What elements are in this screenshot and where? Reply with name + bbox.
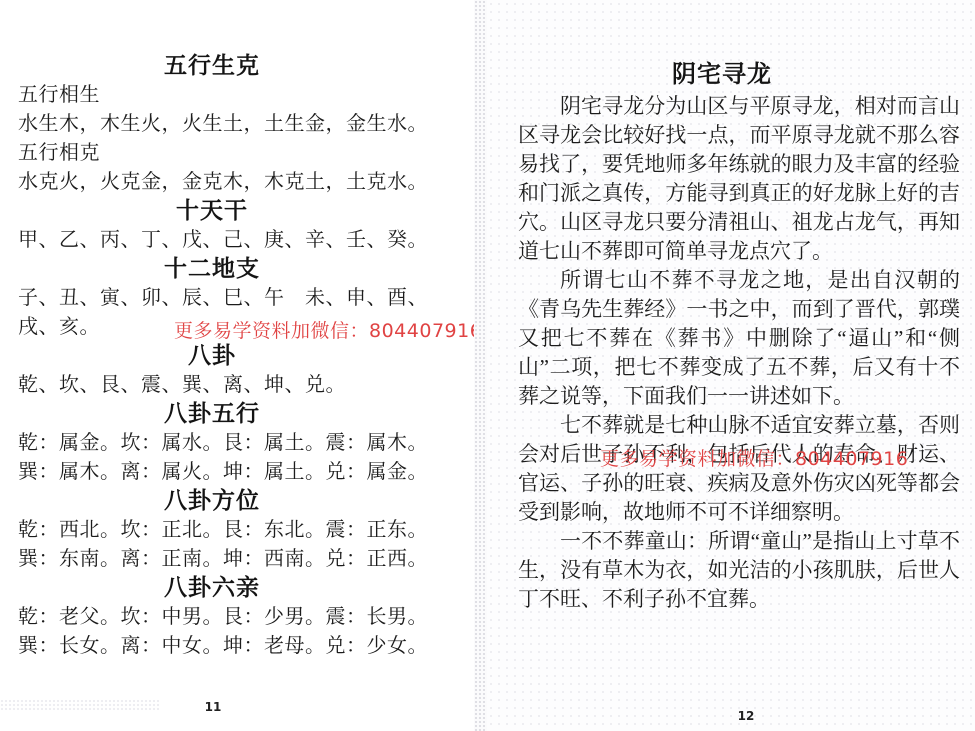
text-line: 五行相生 [18, 81, 432, 110]
text-line: 子、丑、寅、卯、辰、巳、午 未、申、酉、 [18, 284, 432, 313]
text-line: 乾、坎、艮、震、巽、离、坤、兑。 [18, 371, 432, 400]
watermark: 更多易学资料加微信：804407916 [600, 444, 908, 471]
paragraph: 所谓七山不葬不寻龙之地，是出自汉朝的《青乌先生葬经》一书之中，而到了晋代，郭璞又… [518, 266, 960, 411]
heading-ten-stems: 十天干 [5, 197, 419, 226]
page-number: 12 [732, 709, 760, 723]
text-line: 水生木，木生火，火生土，土生金，金生水。 [18, 110, 432, 139]
heading-five-elements: 五行生克 [5, 52, 419, 81]
text-line: 乾：西北。坎：正北。艮：东北。震：正东。 [18, 516, 432, 545]
heading-bagua-six-relations: 八卦六亲 [5, 574, 419, 603]
page-spine-divider [474, 0, 487, 731]
heading-bagua-directions: 八卦方位 [5, 487, 419, 516]
page-title: 阴宅寻龙 [487, 58, 957, 90]
text-line: 乾：属金。坎：属水。艮：属土。震：属木。 [18, 429, 432, 458]
text-line: 水克火，火克金，金克木，木克土，土克水。 [18, 168, 432, 197]
heading-bagua: 八卦 [5, 342, 419, 371]
right-page-content: 阴宅寻龙分为山区与平原寻龙，相对而言山区寻龙会比较好找一点，而平原寻龙就不那么容… [518, 92, 960, 614]
text-line: 乾：老父。坎：中男。艮：少男。震：长男。 [18, 603, 432, 632]
text-line: 巽：长女。离：中女。坤：老母。兑：少女。 [18, 632, 432, 661]
page-number: 11 [199, 700, 227, 714]
page-left: 五行生克 五行相生 水生木，木生火，火生土，土生金，金生水。 五行相克 水克火，… [0, 0, 474, 731]
book-scan-spread: 五行生克 五行相生 水生木，木生火，火生土，土生金，金生水。 五行相克 水克火，… [0, 0, 975, 731]
left-page-content: 五行生克 五行相生 水生木，木生火，火生土，土生金，金生水。 五行相克 水克火，… [18, 52, 432, 661]
scan-noise-strip [0, 699, 160, 712]
text-line: 巽：属木。离：属火。坤：属土。兑：属金。 [18, 458, 432, 487]
heading-twelve-branches: 十二地支 [5, 255, 419, 284]
page-right: 阴宅寻龙 阴宅寻龙分为山区与平原寻龙，相对而言山区寻龙会比较好找一点，而平原寻龙… [487, 0, 975, 731]
text-line: 五行相克 [18, 139, 432, 168]
paragraph: 阴宅寻龙分为山区与平原寻龙，相对而言山区寻龙会比较好找一点，而平原寻龙就不那么容… [518, 92, 960, 266]
heading-bagua-five-elements: 八卦五行 [5, 400, 419, 429]
watermark: 更多易学资料加微信：804407916 [174, 316, 482, 343]
text-line: 甲、乙、丙、丁、戊、己、庚、辛、壬、癸。 [18, 226, 432, 255]
paragraph: 一不不葬童山：所谓“童山”是指山上寸草不生，没有草木为衣，如光洁的小孩肌肤，后世… [518, 527, 960, 614]
text-line: 巽：东南。离：正南。坤：西南。兑：正西。 [18, 545, 432, 574]
